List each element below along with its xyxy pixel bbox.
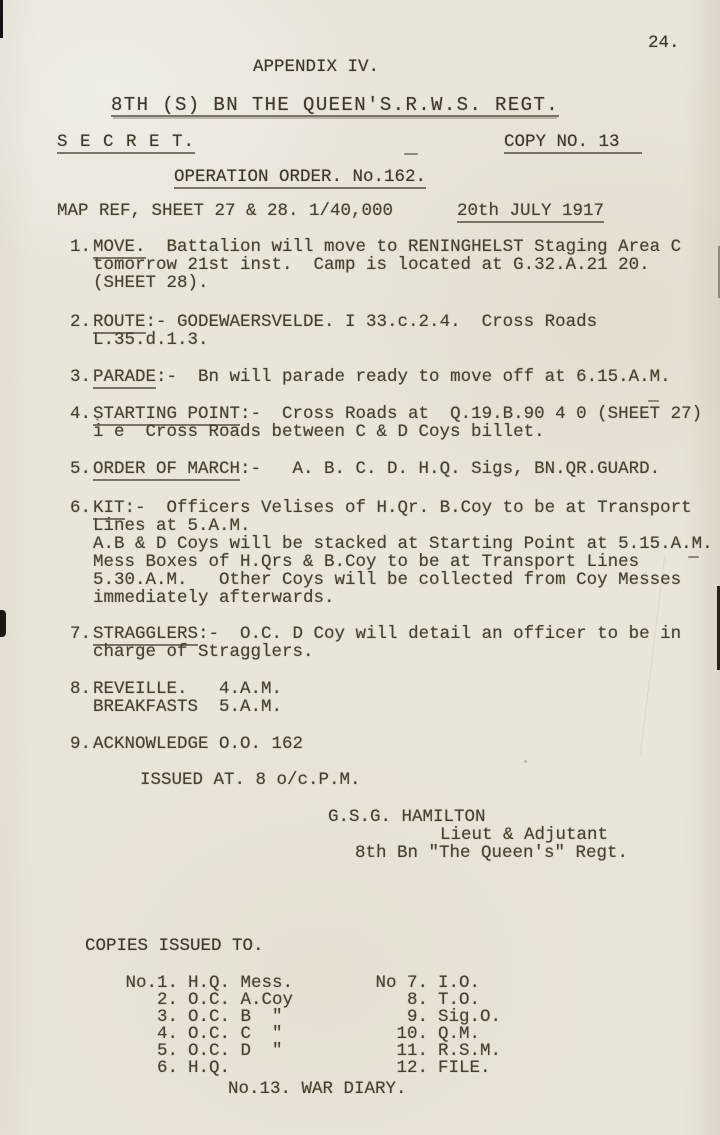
order-item-9: 9.ACKNOWLEDGE O.O. 162 (0, 735, 720, 753)
appendix-title: APPENDIX IV. (253, 58, 379, 76)
copies-row: No 7.I.O. (373, 975, 501, 992)
item-continuation-line: Mess Boxes of H.Qrs & B.Coy to be at Tra… (93, 553, 720, 571)
item-number: 5. (70, 460, 91, 478)
copies-row: 6.H.Q. (123, 1060, 293, 1077)
item-keyword: PARADE (93, 367, 156, 389)
item-number: 3. (70, 368, 91, 386)
order-item-8: 8.REVEILLE. 4.A.M.BREAKFASTS 5.A.M. (0, 680, 720, 716)
item-first-line: PARADE:- Bn will parade ready to move of… (93, 368, 720, 386)
item-number: 4. (70, 405, 91, 423)
unit-title: 8TH (S) BN THE QUEEN'S.R.W.S. REGT. (111, 96, 559, 117)
item-first-line: ROUTE:- GODEWAERSVELDE. I 33.c.2.4. Cros… (93, 313, 720, 331)
issued-at-line: ISSUED AT. 8 o/c.P.M. (140, 771, 361, 789)
copy-row-recipient: FILE. (438, 1060, 491, 1077)
item-number: 7. (70, 625, 91, 643)
signature-rank: Lieut & Adjutant (440, 826, 608, 844)
classification-label: S E C R E T. (57, 133, 195, 154)
scan-artifact-left-top (0, 0, 3, 38)
item-continuation-line: immediately afterwards. (93, 589, 720, 607)
stray-dash-mark (404, 153, 418, 155)
item-first-line: STARTING POINT:- Cross Roads at Q.19.B.9… (93, 405, 720, 423)
item-text: ACKNOWLEDGE O.O. 162 (93, 734, 303, 754)
item-continuation-line: A.B & D Coys will be stacked at Starting… (93, 535, 720, 553)
item-text: :- GODEWAERSVELDE. I 33.c.2.4. Cross Roa… (146, 312, 598, 332)
item-continuation-line: L.35.d.1.3. (93, 331, 720, 349)
item-first-line: REVEILLE. 4.A.M. (93, 680, 720, 698)
order-item-7: 7.STRAGGLERS:- O.C. D Coy will detail an… (0, 625, 720, 661)
order-item-2: 2.ROUTE:- GODEWAERSVELDE. I 33.c.2.4. Cr… (0, 313, 720, 349)
item-continuation-line: charge of Stragglers. (93, 643, 720, 661)
page-number: 24. (648, 34, 680, 52)
item-continuation-line: i e Cross Roads between C & D Coys bille… (93, 423, 720, 441)
item-continuation-line: tomorrow 21st inst. Camp is located at G… (93, 256, 720, 274)
item-text: REVEILLE. 4.A.M. (93, 679, 282, 699)
copies-row: 12.FILE. (373, 1060, 501, 1077)
item-first-line: STRAGGLERS:- O.C. D Coy will detail an o… (93, 625, 720, 643)
item-continuation-line: Lines at 5.A.M. (93, 517, 720, 535)
copy-row-number: 6. (123, 1060, 178, 1077)
order-item-6: 6.KIT:- Officers Velises of H.Qr. B.Coy … (0, 499, 720, 607)
item-text: Battalion will move to RENINGHELST Stagi… (146, 237, 682, 257)
item-continuation-line: (SHEET 28). (93, 274, 720, 292)
order-item-4: 4.STARTING POINT:- Cross Roads at Q.19.B… (0, 405, 720, 441)
item-keyword: ORDER OF MARCH (93, 459, 240, 481)
signature-name: G.S.G. HAMILTON (328, 808, 486, 826)
order-title: OPERATION ORDER. No.162. (174, 168, 426, 189)
copy-row-number: 12. (373, 1060, 428, 1077)
copies-list-right: No 7.I.O.8.T.O.9.Sig.O.10.Q.M.11.R.S.M.1… (373, 975, 501, 1077)
item-first-line: KIT:- Officers Velises of H.Qr. B.Coy to… (93, 499, 720, 517)
item-text: :- Cross Roads at Q.19.B.90 4 0 (SHEET 2… (240, 404, 702, 424)
order-item-5: 5.ORDER OF MARCH:- A. B. C. D. H.Q. Sigs… (0, 460, 720, 478)
copies-list-left: No.1.H.Q. Mess.2.O.C. A.Coy3.O.C. B "4.O… (123, 975, 293, 1077)
map-reference: MAP REF, SHEET 27 & 28. 1/40,000 (57, 202, 393, 220)
item-number: 8. (70, 680, 91, 698)
order-items-list: 1.MOVE. Battalion will move to RENINGHEL… (0, 238, 720, 772)
item-number: 6. (70, 499, 91, 517)
copy-row-recipient: H.Q. (188, 1060, 230, 1077)
order-date: 20th JULY 1917 (457, 202, 604, 223)
copy-number: COPY NO. 13 (504, 133, 642, 154)
order-item-1: 1.MOVE. Battalion will move to RENINGHEL… (0, 238, 720, 292)
order-item-3: 3.PARADE:- Bn will parade ready to move … (0, 368, 720, 386)
document-page: 24. APPENDIX IV. 8TH (S) BN THE QUEEN'S.… (0, 0, 720, 1135)
item-continuation-line: 5.30.A.M. Other Coys will be collected f… (93, 571, 720, 589)
item-text: :- A. B. C. D. H.Q. Sigs, BN.QR.GUARD. (240, 459, 660, 479)
signature-unit: 8th Bn "The Queen's" Regt. (355, 844, 628, 862)
item-continuation-line: BREAKFASTS 5.A.M. (93, 698, 720, 716)
item-number: 9. (70, 735, 91, 753)
item-first-line: MOVE. Battalion will move to RENINGHELST… (93, 238, 720, 256)
item-text: :- Officers Velises of H.Qr. B.Coy to be… (125, 498, 692, 518)
item-number: 2. (70, 313, 91, 331)
copies-war-diary-line: No.13. WAR DIARY. (228, 1080, 407, 1098)
item-first-line: ORDER OF MARCH:- A. B. C. D. H.Q. Sigs, … (93, 460, 720, 478)
copies-issued-title: COPIES ISSUED TO. (85, 937, 264, 955)
copies-row: 9.Sig.O. (373, 1009, 501, 1026)
item-first-line: ACKNOWLEDGE O.O. 162 (93, 735, 720, 753)
item-number: 1. (70, 238, 91, 256)
item-text: :- Bn will parade ready to move off at 6… (156, 367, 671, 387)
item-text: :- O.C. D Coy will detail an officer to … (198, 624, 681, 644)
